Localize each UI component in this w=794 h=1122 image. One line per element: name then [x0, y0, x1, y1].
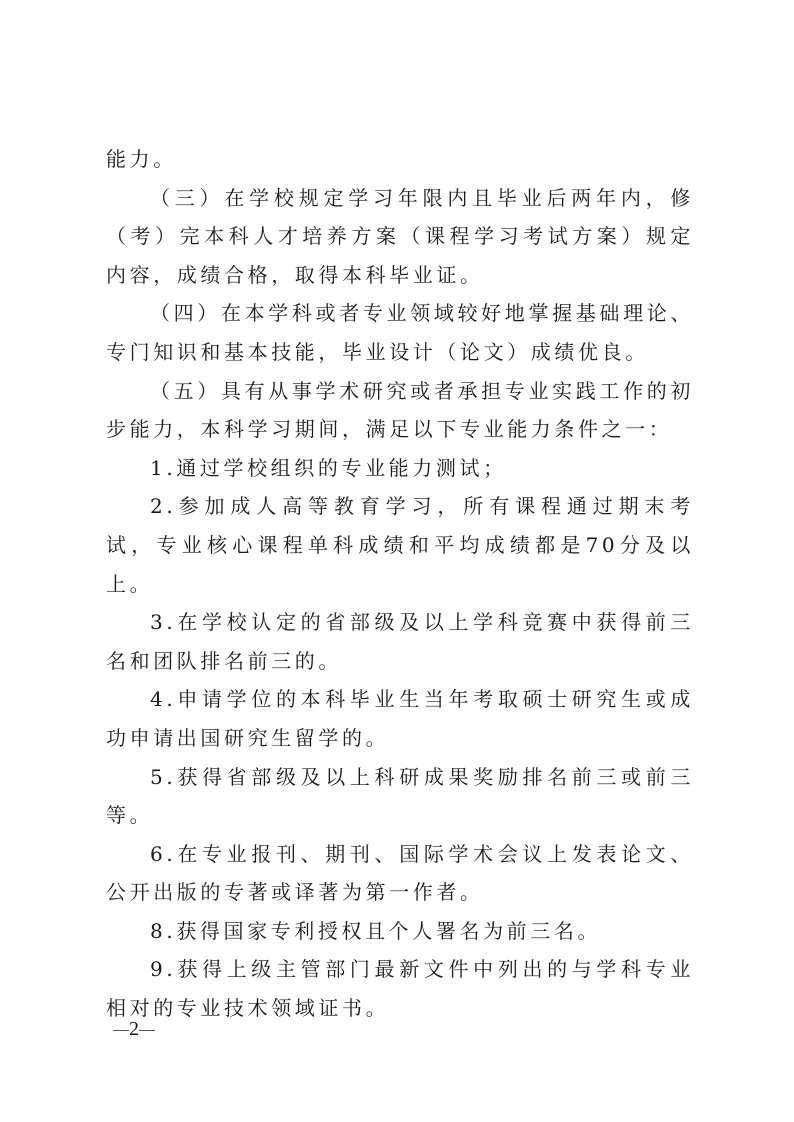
document-body: 能力。 （三）在学校规定学习年限内且毕业后两年内，修（考）完本科人才培养方案（课… — [106, 140, 694, 1028]
condition-9: 9.获得上级主管部门最新文件中列出的与学科专业相对的专业技术领域证书。 — [106, 950, 694, 1027]
paragraph-item-4: （四）在本学科或者专业领域较好地掌握基础理论、专门知识和基本技能，毕业设计（论文… — [106, 294, 694, 371]
paragraph-continuation: 能力。 — [106, 140, 694, 179]
condition-6: 6.在专业报刊、期刊、国际学术会议上发表论文、公开出版的专著或译著为第一作者。 — [106, 835, 694, 912]
condition-2: 2.参加成人高等教育学习，所有课程通过期末考试，专业核心课程单科成绩和平均成绩都… — [106, 487, 694, 603]
page-number: 2 — [129, 1018, 139, 1040]
page-footer: 2 — [113, 1018, 155, 1041]
condition-3: 3.在学校认定的省部级及以上学科竞赛中获得前三名和团队排名前三的。 — [106, 603, 694, 680]
condition-1: 1.通过学校组织的专业能力测试； — [106, 449, 694, 488]
condition-5: 5.获得省部级及以上科研成果奖励排名前三或前三等。 — [106, 758, 694, 835]
paragraph-item-3: （三）在学校规定学习年限内且毕业后两年内，修（考）完本科人才培养方案（课程学习考… — [106, 179, 694, 295]
dash-right — [139, 1030, 155, 1031]
condition-4: 4.申请学位的本科毕业生当年考取硕士研究生或成功申请出国研究生留学的。 — [106, 680, 694, 757]
dash-left — [113, 1030, 129, 1031]
document-page: 能力。 （三）在学校规定学习年限内且毕业后两年内，修（考）完本科人才培养方案（课… — [0, 0, 794, 1122]
condition-8: 8.获得国家专利授权且个人署名为前三名。 — [106, 912, 694, 951]
paragraph-item-5: （五）具有从事学术研究或者承担专业实践工作的初步能力，本科学习期间，满足以下专业… — [106, 372, 694, 449]
